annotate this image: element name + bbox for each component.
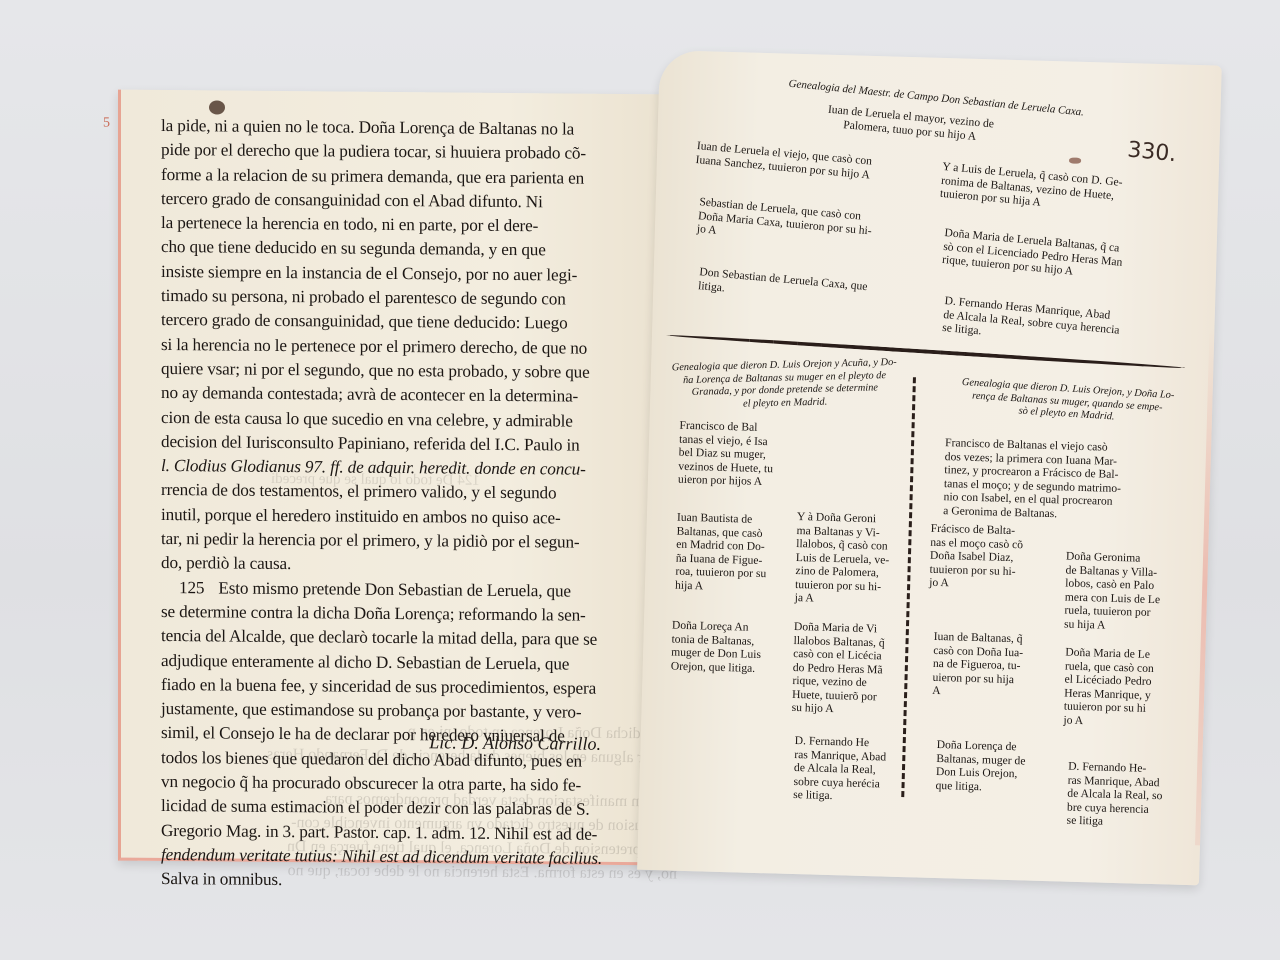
genealogy-entry: Francisco de Baltanas el viejo casò dos …	[943, 436, 1122, 522]
margin-mark: 5	[103, 115, 110, 131]
text-line: pide por el derecho que la pudiera tocar…	[161, 138, 601, 166]
genealogy-entry: Iuan de Baltanas, q̃ casò con Doña Iua- …	[932, 630, 1024, 700]
text-line: tercero grado de consanguinidad, que tie…	[161, 308, 601, 336]
bleed-through-text: 124 De todo lo qual se que precedi	[271, 471, 480, 490]
text-line: do, perdiò la causa.	[161, 551, 601, 579]
genealogy-entry: Doña Maria de Vi llalobos Baltanas, q̃ c…	[791, 620, 885, 717]
genealogy-granada-title: Genealogia que dieron D. Luis Orejon y A…	[664, 357, 905, 413]
genealogy-entry: Doña Maria de Leruela Baltanas, q̃ ca sò…	[942, 226, 1125, 282]
text-line: tencia del Alcalde, que declarò tocarle …	[161, 624, 601, 652]
paragraph-number: 125	[179, 578, 204, 597]
genealogy-madrid-title: Genealogia que dieron D. Luis Orejon, y …	[931, 375, 1203, 429]
genealogy-entry: Doña Geronima de Baltanas y Villa- lobos…	[1064, 550, 1162, 634]
genealogy-root: Iuan de Leruela el mayor, vezino de Palo…	[826, 103, 994, 145]
text-line: adjudique enteramente al dicho D. Sebast…	[161, 648, 601, 676]
right-page: Genealogia del Maestr. de Campo Don Seba…	[637, 50, 1222, 885]
ink-stain	[209, 100, 225, 114]
text-line: cho que tiene deducido en su segunda dem…	[161, 235, 601, 263]
genealogy-entry: Iuan de Leruela el viejo, que casò con I…	[695, 139, 872, 182]
genealogy-entry: Doña Maria de Le ruela, que casò con el …	[1063, 646, 1154, 729]
folio-number: 330.	[1126, 137, 1177, 167]
genealogy-entry: Frácisco de Balta- nas el moço casò cõ D…	[929, 522, 1024, 592]
text-line: cion de esta causa lo que sucedio en vna…	[161, 406, 601, 434]
bleed-through-block: nor à dicha Doña Lorença en todo, ni en …	[247, 719, 677, 887]
left-page: 5 la pide, ni a quien no le toca. Doña L…	[118, 90, 673, 866]
genealogy-entry: Y a Luis de Leruela, q̃ casò con D. Ge- …	[939, 160, 1123, 216]
text-line: no ay demanda contestada; avrà de aconte…	[161, 381, 601, 409]
genealogy-entry: Y à Doña Geroni ma Baltanas y Vi- llalob…	[795, 510, 891, 607]
genealogy-entry: D. Fernando He- ras Manrique, Abad de Al…	[1066, 760, 1163, 830]
paragraph-125-start: 125Esto mismo pretende Don Sebastian de …	[161, 576, 601, 604]
ink-spot	[1069, 157, 1081, 163]
genealogy-entry: Doña Loreça An tonia de Baltanas, muger …	[671, 619, 762, 675]
genealogy-entry: Francisco de Bal tanas el viejo, é Isa b…	[678, 419, 775, 489]
text-line: forme a la relacion de su primera demand…	[161, 163, 601, 191]
genealogy-entry: Sebastian de Leruela, que casò con Doña …	[696, 195, 873, 251]
genealogy-entry: Don Sebastian de Leruela Caxa, que litig…	[698, 265, 868, 307]
genealogy-entry: D. Fernando Heras Manrique, Abad de Alca…	[942, 294, 1122, 350]
genealogy-entry: Doña Lorença de Baltanas, muger de Don L…	[935, 738, 1026, 794]
genealogy-entry: D. Fernando He ras Manrique, Abad de Alc…	[793, 734, 887, 804]
dashed-divider-vertical	[901, 377, 916, 797]
genealogy-entry: Iuan Bautista de Baltanas, que casò en M…	[675, 511, 768, 595]
